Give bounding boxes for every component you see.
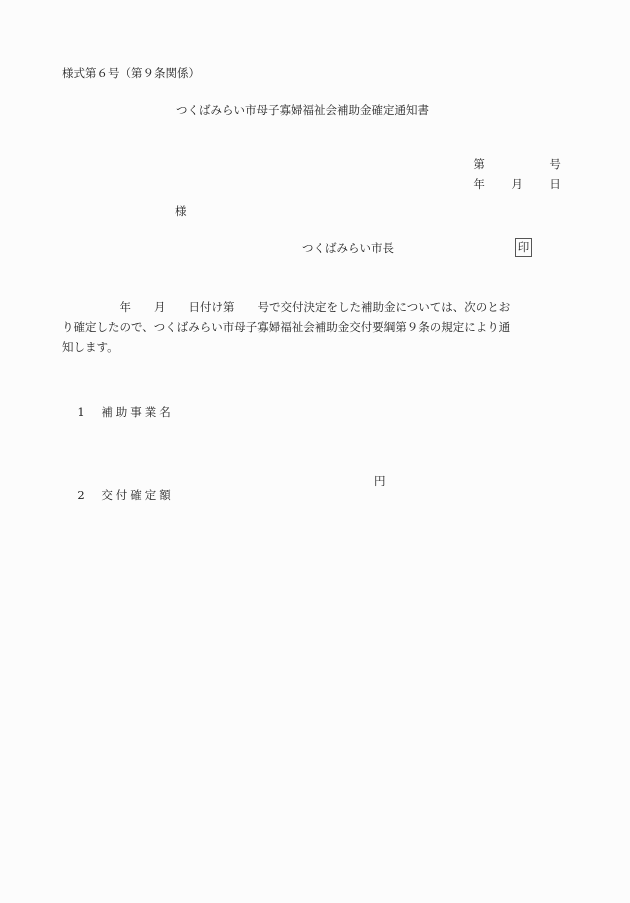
item-confirmed-amount: 2交付確定額 [64, 474, 174, 502]
body-line: 年 月 日付け第 号で交付決定をした補助金については、次のとお [62, 297, 582, 317]
document-title: つくばみらい市母子寡婦福祉会補助金確定通知書 [176, 103, 429, 117]
yen-unit: 円 [374, 474, 386, 488]
date-month: 月 [511, 177, 549, 191]
item-project-name: 1補助事業名 [64, 391, 174, 419]
item-label: 交付確定額 [101, 488, 174, 502]
document-date-line: 年月日 [466, 163, 561, 191]
body-line: 知します。 [62, 337, 582, 357]
form-label: 様式第６号（第９条関係） [62, 66, 200, 80]
body-line: り確定したので、つくばみらい市母子寡婦福祉会補助金交付要綱第９条の規定により通 [62, 317, 582, 337]
recipient-suffix: 様 [175, 204, 187, 218]
seal-mark: 印 [515, 238, 532, 257]
date-year: 年 [473, 177, 511, 191]
item-label: 補助事業名 [101, 405, 174, 419]
item-number: 1 [77, 405, 101, 419]
item-number: 2 [77, 488, 101, 502]
date-day: 日 [549, 177, 561, 191]
issuer-name: つくばみらい市長 [302, 241, 394, 255]
body-paragraph: 年 月 日付け第 号で交付決定をした補助金については、次のとお り確定したので、… [62, 297, 582, 357]
